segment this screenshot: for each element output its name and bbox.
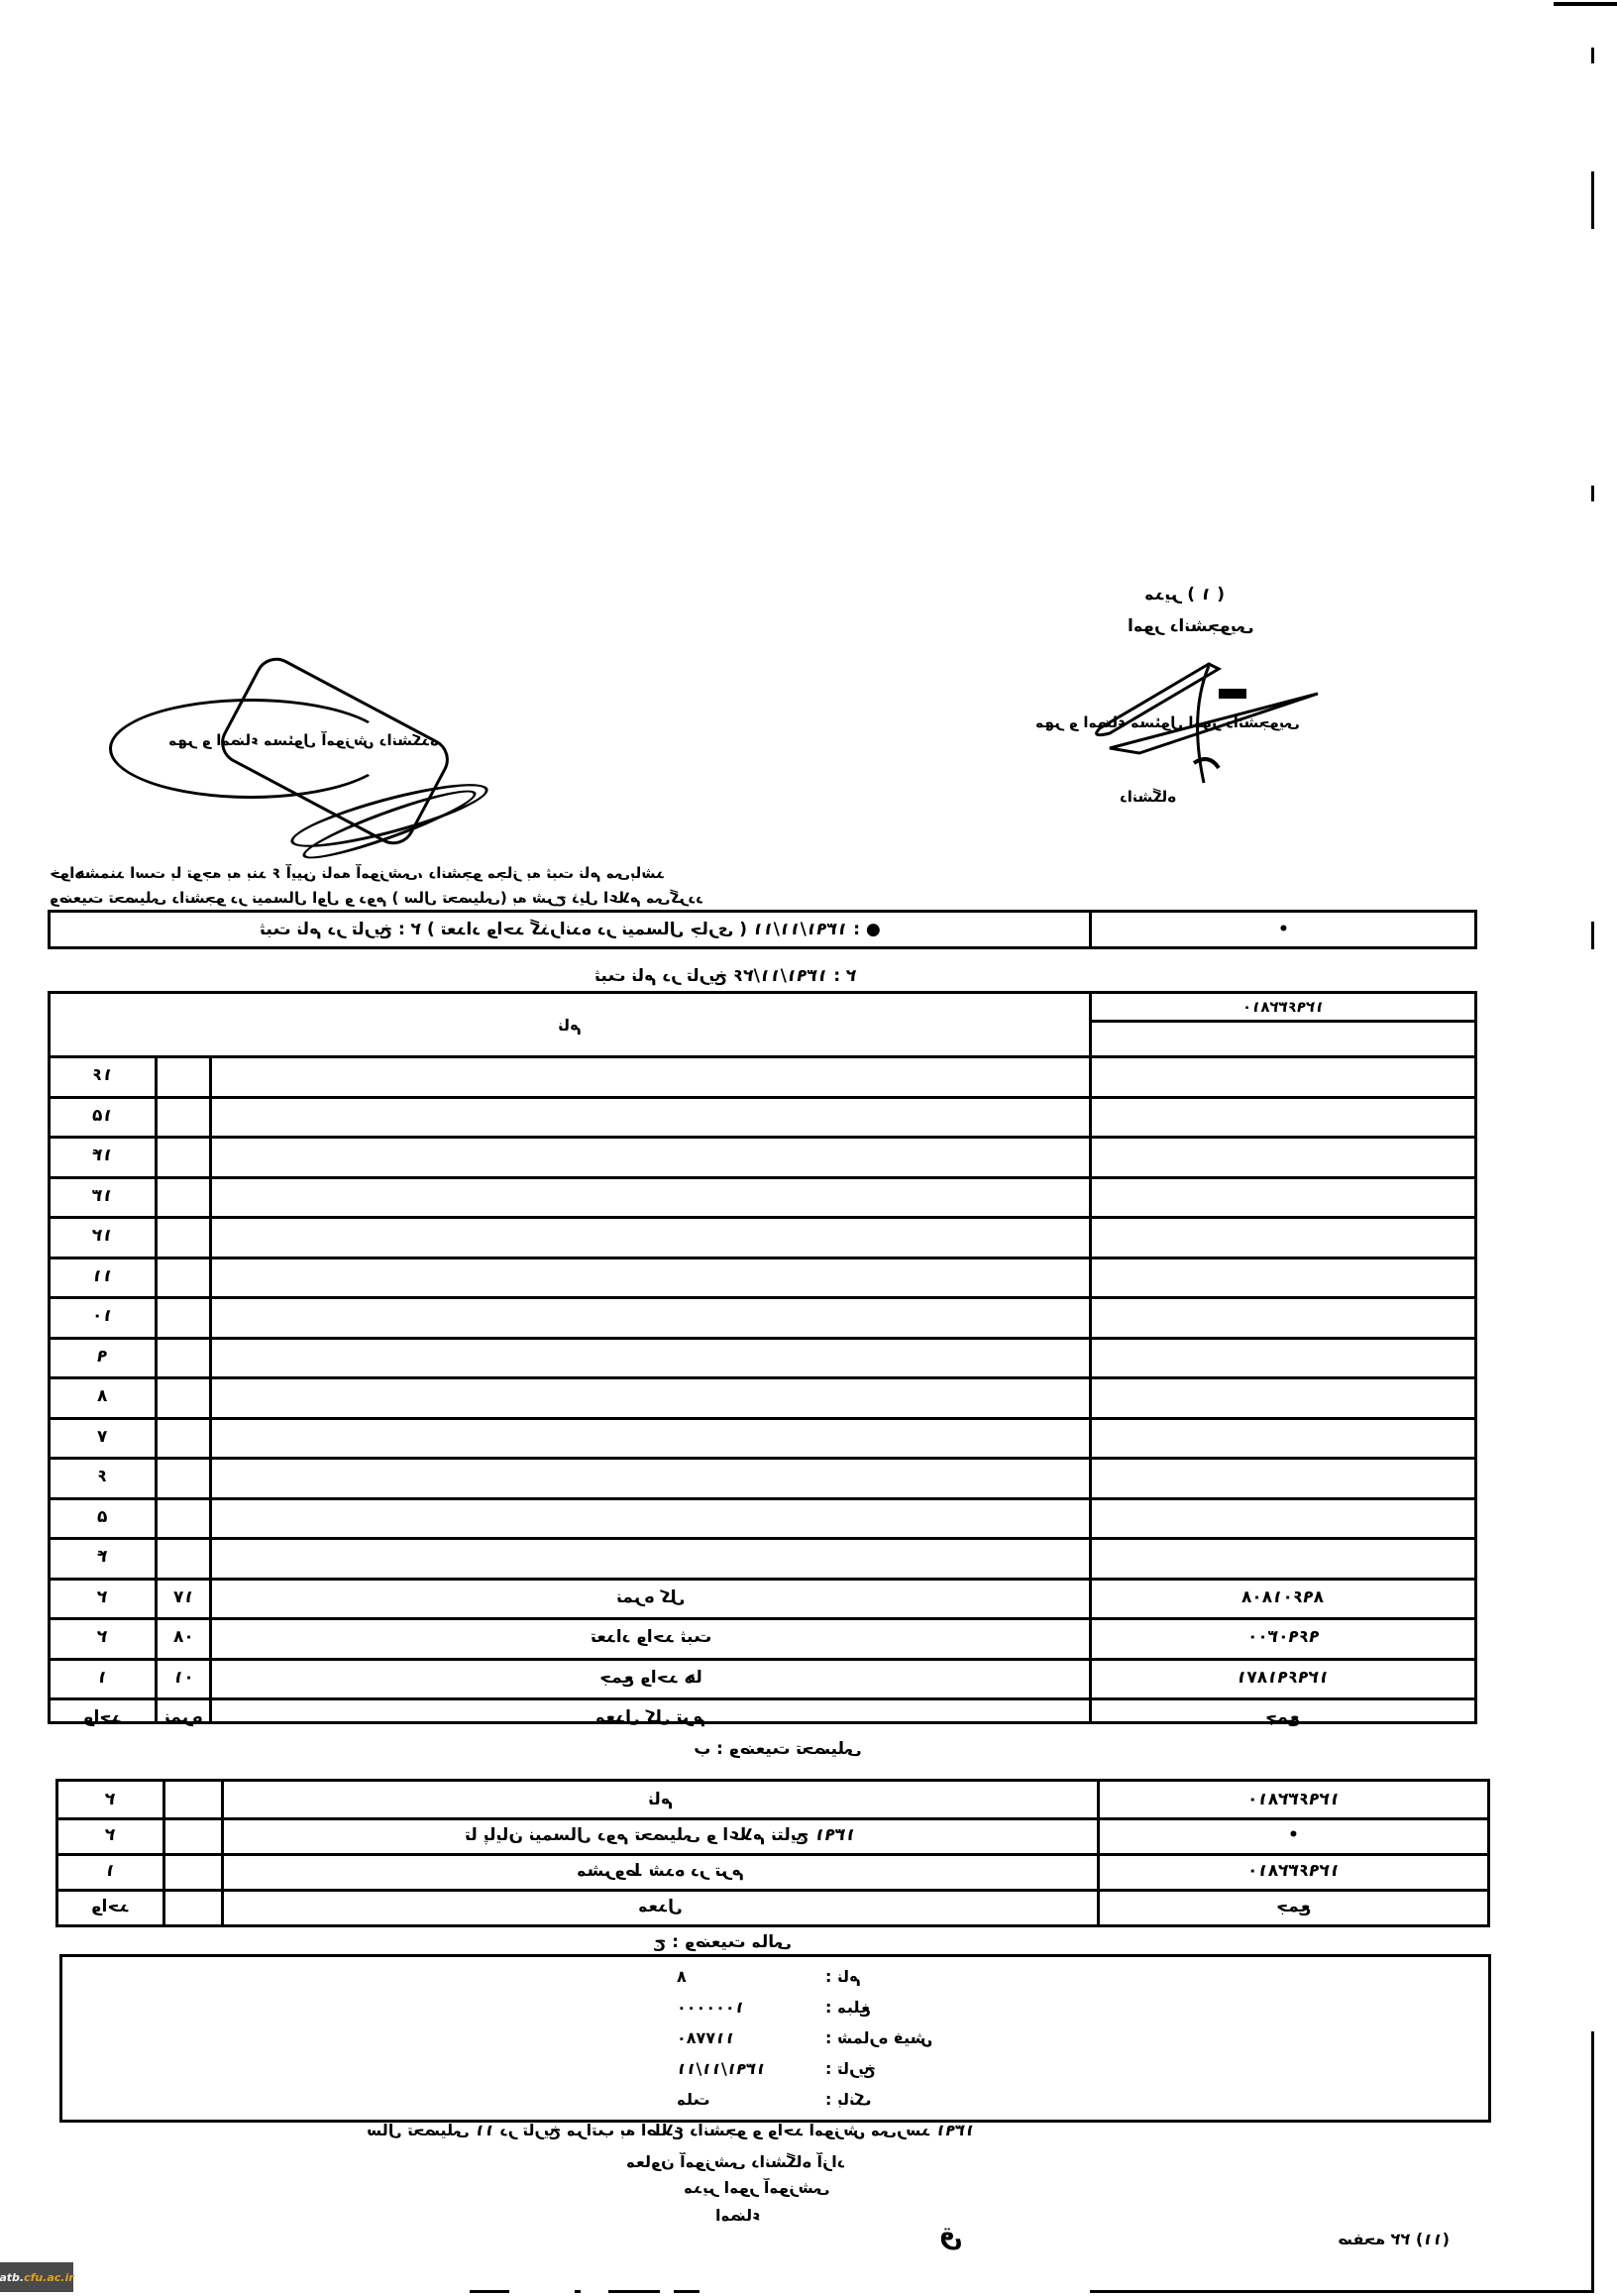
page-border xyxy=(608,2290,660,2293)
page-border xyxy=(674,2290,700,2293)
info-field-value: ملت xyxy=(677,2090,709,2109)
row-label: تعداد واحد ثبت xyxy=(212,1617,1089,1658)
info-field: ۱۰۰۰۰۰۰مبلغ : xyxy=(677,1994,974,2023)
payment-info-box: ۸نام :۱۰۰۰۰۰۰مبلغ :۱۱۷۷۸۰شماره فیش :۱۳۹۱… xyxy=(59,1954,1491,2123)
row-unit: ۲ xyxy=(51,1617,155,1658)
main-table: نام ۱۲۹۶۳۲۸۱۰ ۱۶۱۵۱۴۱۳۱۲۱۱۱۰۹۸۷۶۵۴۲۱۷نمر… xyxy=(48,991,1477,1724)
section4-title: ج : وضعیت مالی xyxy=(654,1932,792,1952)
row-divider xyxy=(51,1136,1474,1139)
watermark-prefix: atb. xyxy=(0,2271,24,2284)
row-number: ۱۶ xyxy=(51,1055,155,1096)
row-number: ۱۰ xyxy=(51,1296,155,1337)
row-label: نمره کل xyxy=(212,1578,1089,1618)
info-field-value: ۸ xyxy=(677,1967,687,1986)
page-reference: (۱۱) صفحه ۲۲ xyxy=(1338,2230,1450,2248)
row-divider xyxy=(51,1376,1474,1379)
row-label: نام xyxy=(224,1782,1097,1817)
scan-edge-mark xyxy=(1591,171,1594,229)
row-value: ۹۶۹۰۳۰۰ xyxy=(1092,1617,1474,1658)
footer-line-2: معاون آموزشی دانشگاه آزاد xyxy=(626,2152,845,2171)
scan-edge-mark xyxy=(1591,922,1594,949)
info-field-label: تاریخ : xyxy=(825,2059,876,2078)
divider xyxy=(1089,1020,1474,1023)
row-divider xyxy=(51,1055,1474,1058)
row-unit: ۲ xyxy=(51,1578,155,1618)
footer-unit: واحد xyxy=(51,1697,155,1738)
row-divider xyxy=(51,1257,1474,1259)
row-divider xyxy=(51,1176,1474,1179)
row-number: ۴ xyxy=(51,1537,155,1578)
row-divider xyxy=(51,1417,1474,1420)
info-field-value: ۱۱۷۷۸۰ xyxy=(677,2028,735,2047)
right-sig-title-2: امور دانشجویی xyxy=(1128,616,1253,636)
row-score: ۱۷ xyxy=(158,1578,209,1618)
scan-edge-mark xyxy=(1591,486,1594,501)
section1-header-text: ● : ۱۳۹۱/۱۱/۱۱ ( تعداد واحد گذرانده در ن… xyxy=(51,913,1089,946)
page-border xyxy=(1090,2290,1594,2293)
row-number: ۸ xyxy=(51,1376,155,1417)
row-score: ۰۸ xyxy=(158,1617,209,1658)
row-divider xyxy=(51,1537,1474,1540)
row-number: ۱۴ xyxy=(51,1136,155,1176)
footer-line-3: مدیر امور آموزشی xyxy=(684,2178,829,2197)
footer-line-1: ۱۳۹۱ سال تحصیلی ۱۱ در تاریخ مراتب به اطل… xyxy=(367,2121,975,2139)
row-divider xyxy=(51,1216,1474,1219)
row-number: ۱۵ xyxy=(51,1096,155,1137)
row-divider xyxy=(51,1497,1474,1500)
row-number: ۱۲ xyxy=(51,1216,155,1257)
info-field: ۱۳۹۱/۱۱/۱۱تاریخ : xyxy=(677,2055,974,2085)
info-field-label: شماره فیش : xyxy=(825,2028,932,2047)
row-value: ۸۹۶۰۱۸۰۸ xyxy=(1092,1578,1474,1618)
row-unit: واحد xyxy=(58,1889,162,1924)
row-number: ۶ xyxy=(51,1457,155,1497)
row-value: ۱۲۹۶۳۲۸۱۰ xyxy=(1100,1853,1487,1889)
info-field-label: بانک : xyxy=(825,2090,871,2109)
info-field: ۱۱۷۷۸۰شماره فیش : xyxy=(677,2024,974,2054)
row-number: ۹ xyxy=(51,1337,155,1377)
row-value: ۱۲۹۶۹۱۸۷۱ xyxy=(1092,1658,1474,1698)
page-border xyxy=(575,2290,581,2293)
left-sig-caption: مهر و امضاء مسئول آموزش دانشکده xyxy=(168,731,439,749)
info-field-label: مبلغ : xyxy=(825,1998,871,2017)
second-table: ۲نام۱۲۹۶۳۲۸۱۰۲۱۳۹۱ تا پایان نیمسال دوم ت… xyxy=(55,1779,1490,1927)
section1-left-value: • xyxy=(1092,913,1474,946)
row-unit: ۲ xyxy=(58,1782,162,1817)
footer-score: نمره xyxy=(158,1697,209,1738)
row-divider xyxy=(51,1096,1474,1099)
signature-scribble-icon xyxy=(1070,654,1328,793)
row-label: مشروط شده در ترم xyxy=(224,1853,1097,1889)
page-border xyxy=(1591,2031,1594,2291)
section3-title: ب : وضعیت تحصیلی xyxy=(694,1739,862,1759)
info-field-label: نام : xyxy=(825,1967,861,1986)
info-field: ۸نام : xyxy=(677,1963,974,1993)
info-field: ملتبانک : xyxy=(677,2086,974,2116)
section2-title: ۲ : ثبت نام در تاریخ ۱۳۹۱/۱۱/۲۶ xyxy=(594,966,856,986)
scan-edge-mark xyxy=(1554,2,1617,6)
page-marker: ق xyxy=(939,2222,962,2251)
row-label: جمع واحد ها xyxy=(212,1658,1089,1698)
row-number: ۱۳ xyxy=(51,1176,155,1217)
info-field-value: ۱۳۹۱/۱۱/۱۱ xyxy=(677,2059,766,2078)
row-value: ۱۲۹۶۳۲۸۱۰ xyxy=(1100,1782,1487,1817)
footer-value: جمع xyxy=(1092,1697,1474,1738)
scan-edge-mark xyxy=(1591,48,1594,63)
row-unit: ۱ xyxy=(51,1658,155,1698)
watermark-domain: cfu.ac.ir xyxy=(24,2271,74,2284)
info-field-value: ۱۰۰۰۰۰۰ xyxy=(677,1998,744,2017)
row-label: ۱۳۹۱ تا پایان نیمسال دوم تحصیلی و اعلام … xyxy=(224,1817,1097,1853)
row-number: ۱۱ xyxy=(51,1257,155,1297)
page-border xyxy=(470,2290,509,2293)
footer-label: معدل کل ترم xyxy=(212,1697,1089,1738)
row-value: جمع xyxy=(1100,1889,1487,1924)
intro-line-1: خواهشمند است با توجه به بند ۶ آیین نامه … xyxy=(50,864,665,882)
site-watermark: atb.cfu.ac.ir xyxy=(0,2262,73,2292)
row-number: ۷ xyxy=(51,1417,155,1458)
row-unit: ۱ xyxy=(58,1853,162,1889)
right-sig-title-1: ( ۱ ) مدیر xyxy=(1144,585,1225,604)
row-divider xyxy=(51,1296,1474,1299)
section1-header-box: ● : ۱۳۹۱/۱۱/۱۱ ( تعداد واحد گذرانده در ن… xyxy=(48,910,1477,949)
row-divider xyxy=(51,1457,1474,1460)
footer-line-4: امضاء xyxy=(715,2206,760,2225)
row-score: ۰۱ xyxy=(158,1658,209,1698)
row-number: ۵ xyxy=(51,1497,155,1538)
intro-line-2: وضعیت تحصیلی دانشجو در نیمسال اول و دوم … xyxy=(50,889,703,907)
row-unit: ۲ xyxy=(58,1817,162,1853)
main-table-header-label: نام xyxy=(51,994,1089,1055)
row-value: • xyxy=(1100,1817,1487,1853)
row-label: معدل xyxy=(224,1889,1097,1924)
main-table-header-value: ۱۲۹۶۳۲۸۱۰ xyxy=(1092,994,1474,1020)
row-divider xyxy=(51,1337,1474,1340)
